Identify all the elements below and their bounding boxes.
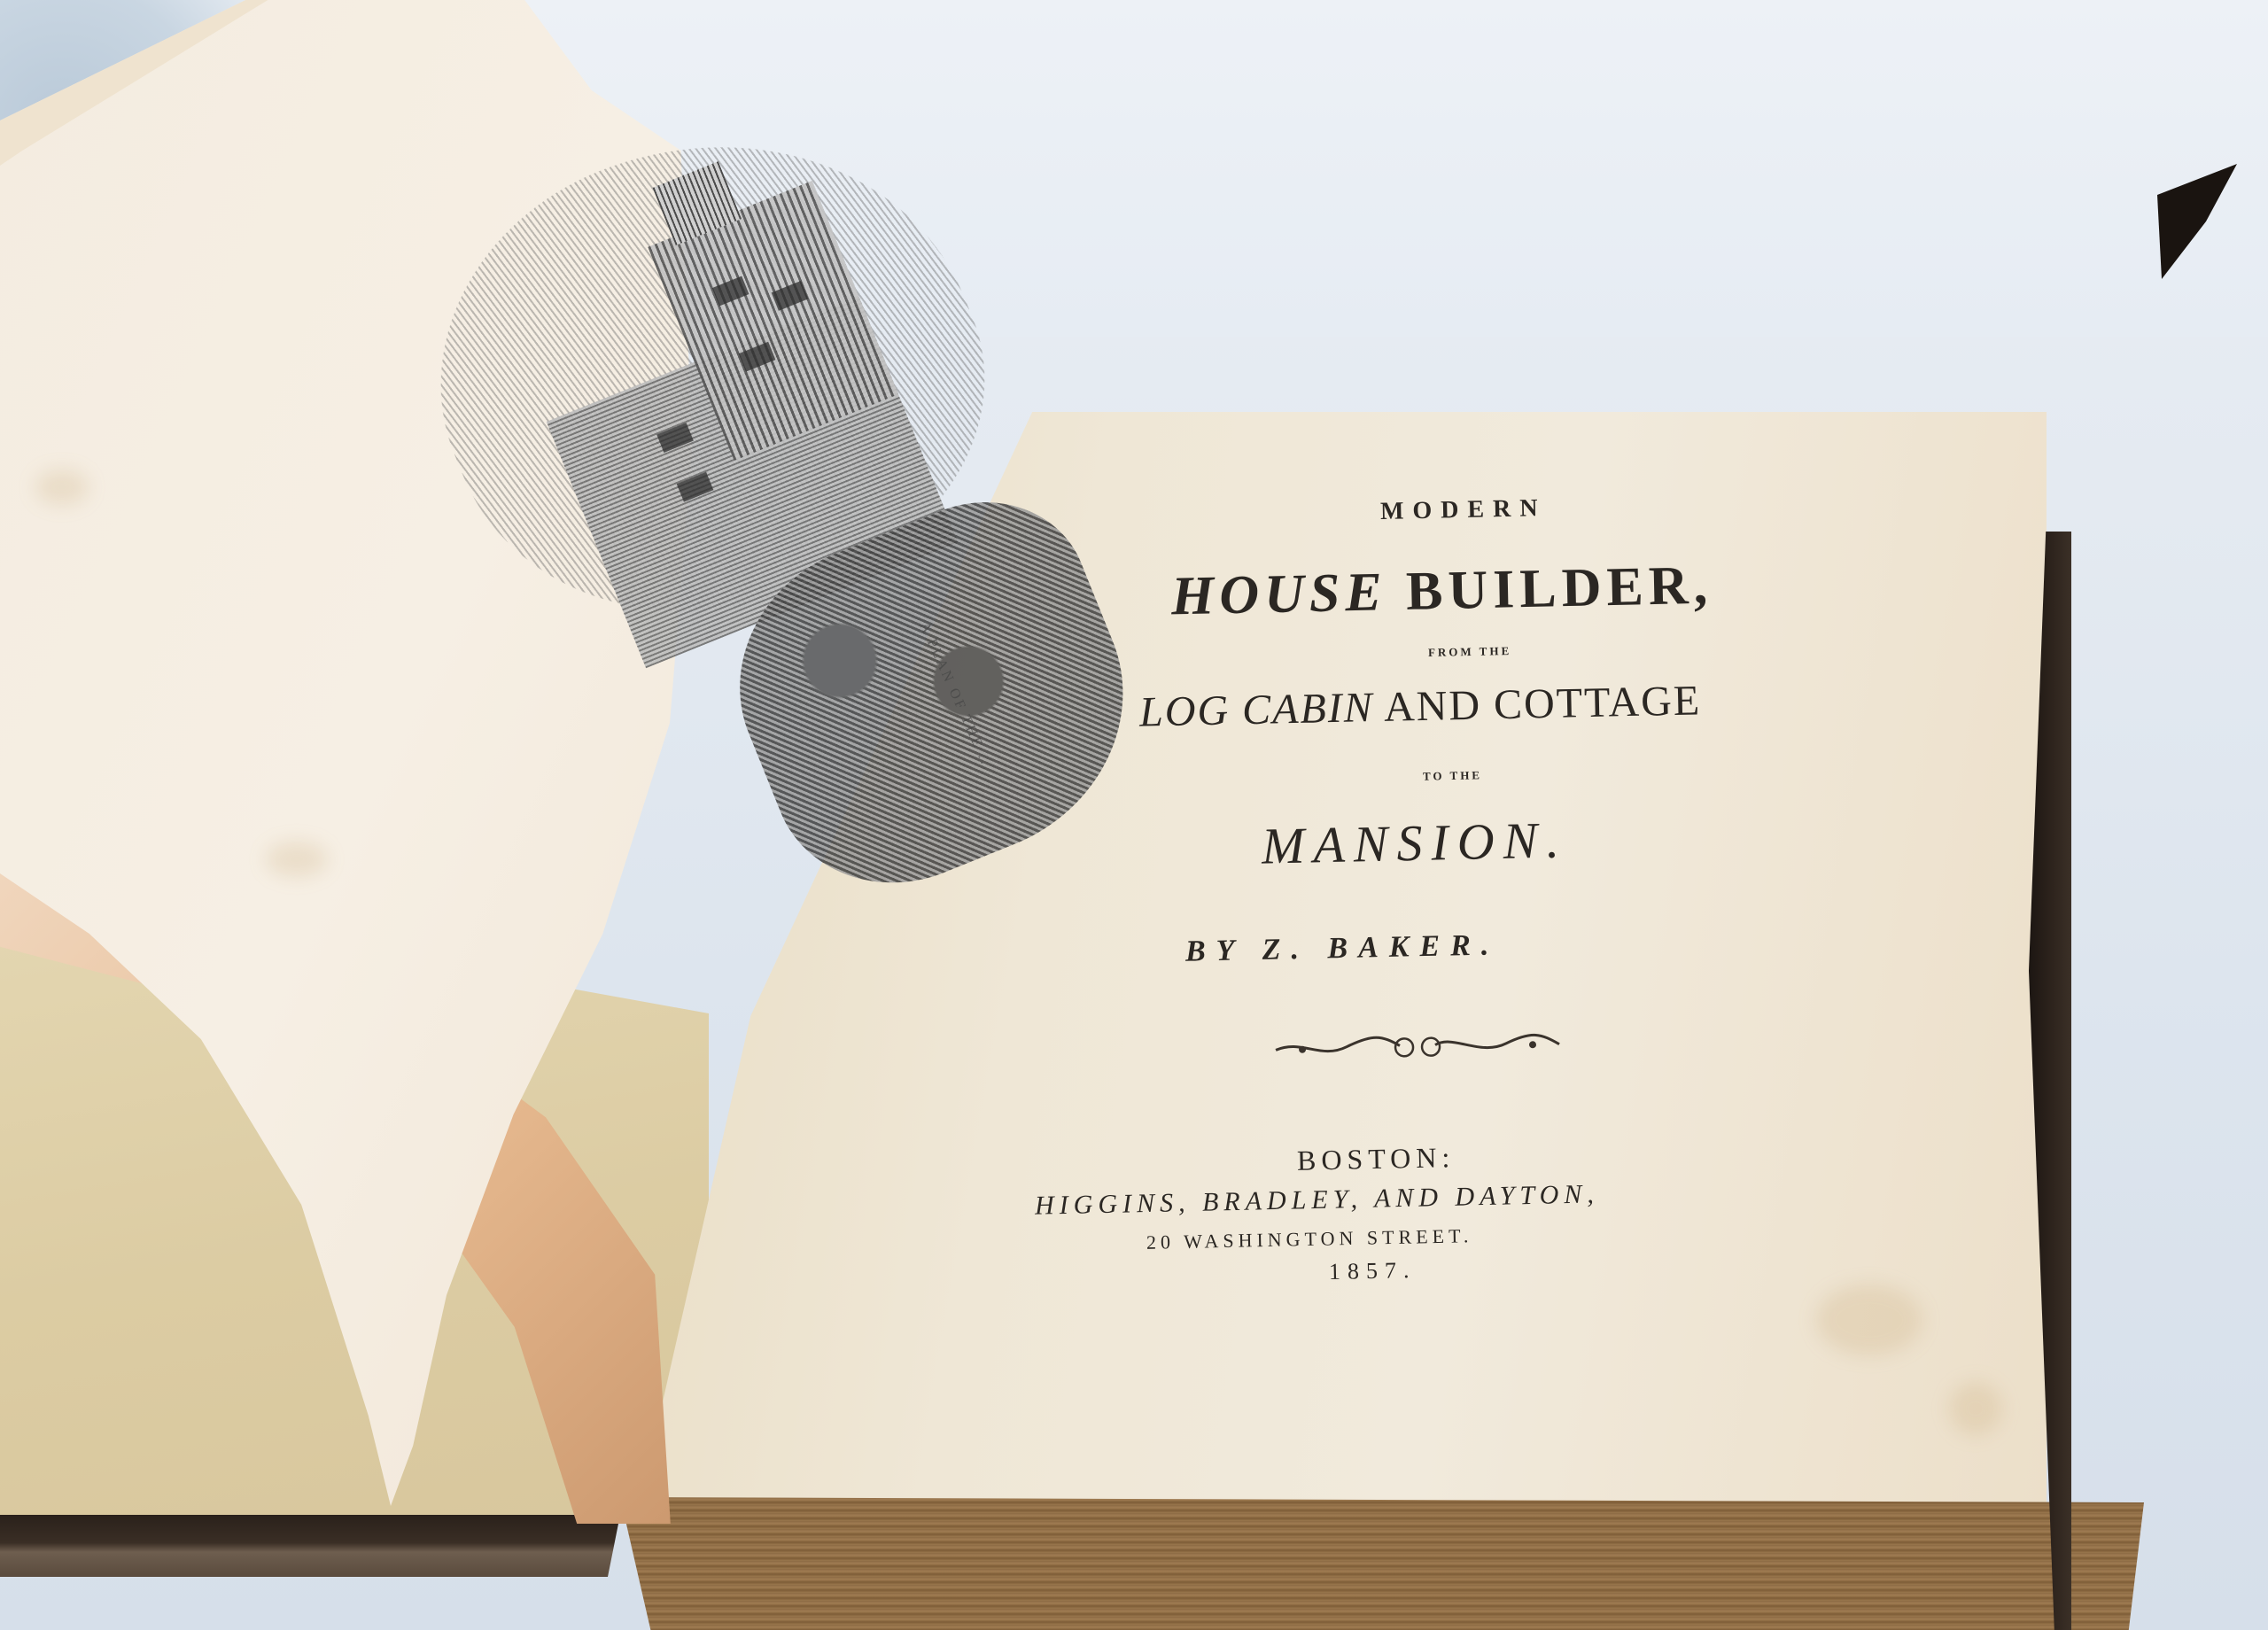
title-line-mansion: MANSION.	[1261, 810, 1568, 875]
foxing-stain	[1816, 1285, 1922, 1355]
title-line-to-the: TO THE	[1423, 768, 1482, 783]
title-line-from-the: FROM THE	[1428, 644, 1512, 660]
title-line-modern: MODERN	[1380, 494, 1547, 526]
foxing-stain	[1949, 1382, 2002, 1435]
foxing-stain	[35, 470, 89, 505]
title-line-house-builder: HOUSE BUILDER,	[1170, 555, 1713, 629]
front-cover-board	[0, 1515, 620, 1577]
imprint-year: 1857.	[1329, 1257, 1417, 1285]
imprint-place: BOSTON:	[1297, 1141, 1456, 1177]
black-clip	[2144, 159, 2259, 283]
title-word-log-cabin: LOG CABIN	[1139, 684, 1375, 736]
foxing-stain	[266, 842, 328, 877]
decorative-flourish-icon	[1267, 1024, 1569, 1066]
title-word-builder: BUILDER,	[1405, 555, 1713, 622]
author-line: BY Z. BAKER.	[1185, 928, 1500, 968]
title-word-house: HOUSE	[1170, 562, 1387, 626]
page-block-edge	[620, 1497, 2144, 1630]
title-word-and-cottage: AND COTTAGE	[1384, 677, 1702, 730]
